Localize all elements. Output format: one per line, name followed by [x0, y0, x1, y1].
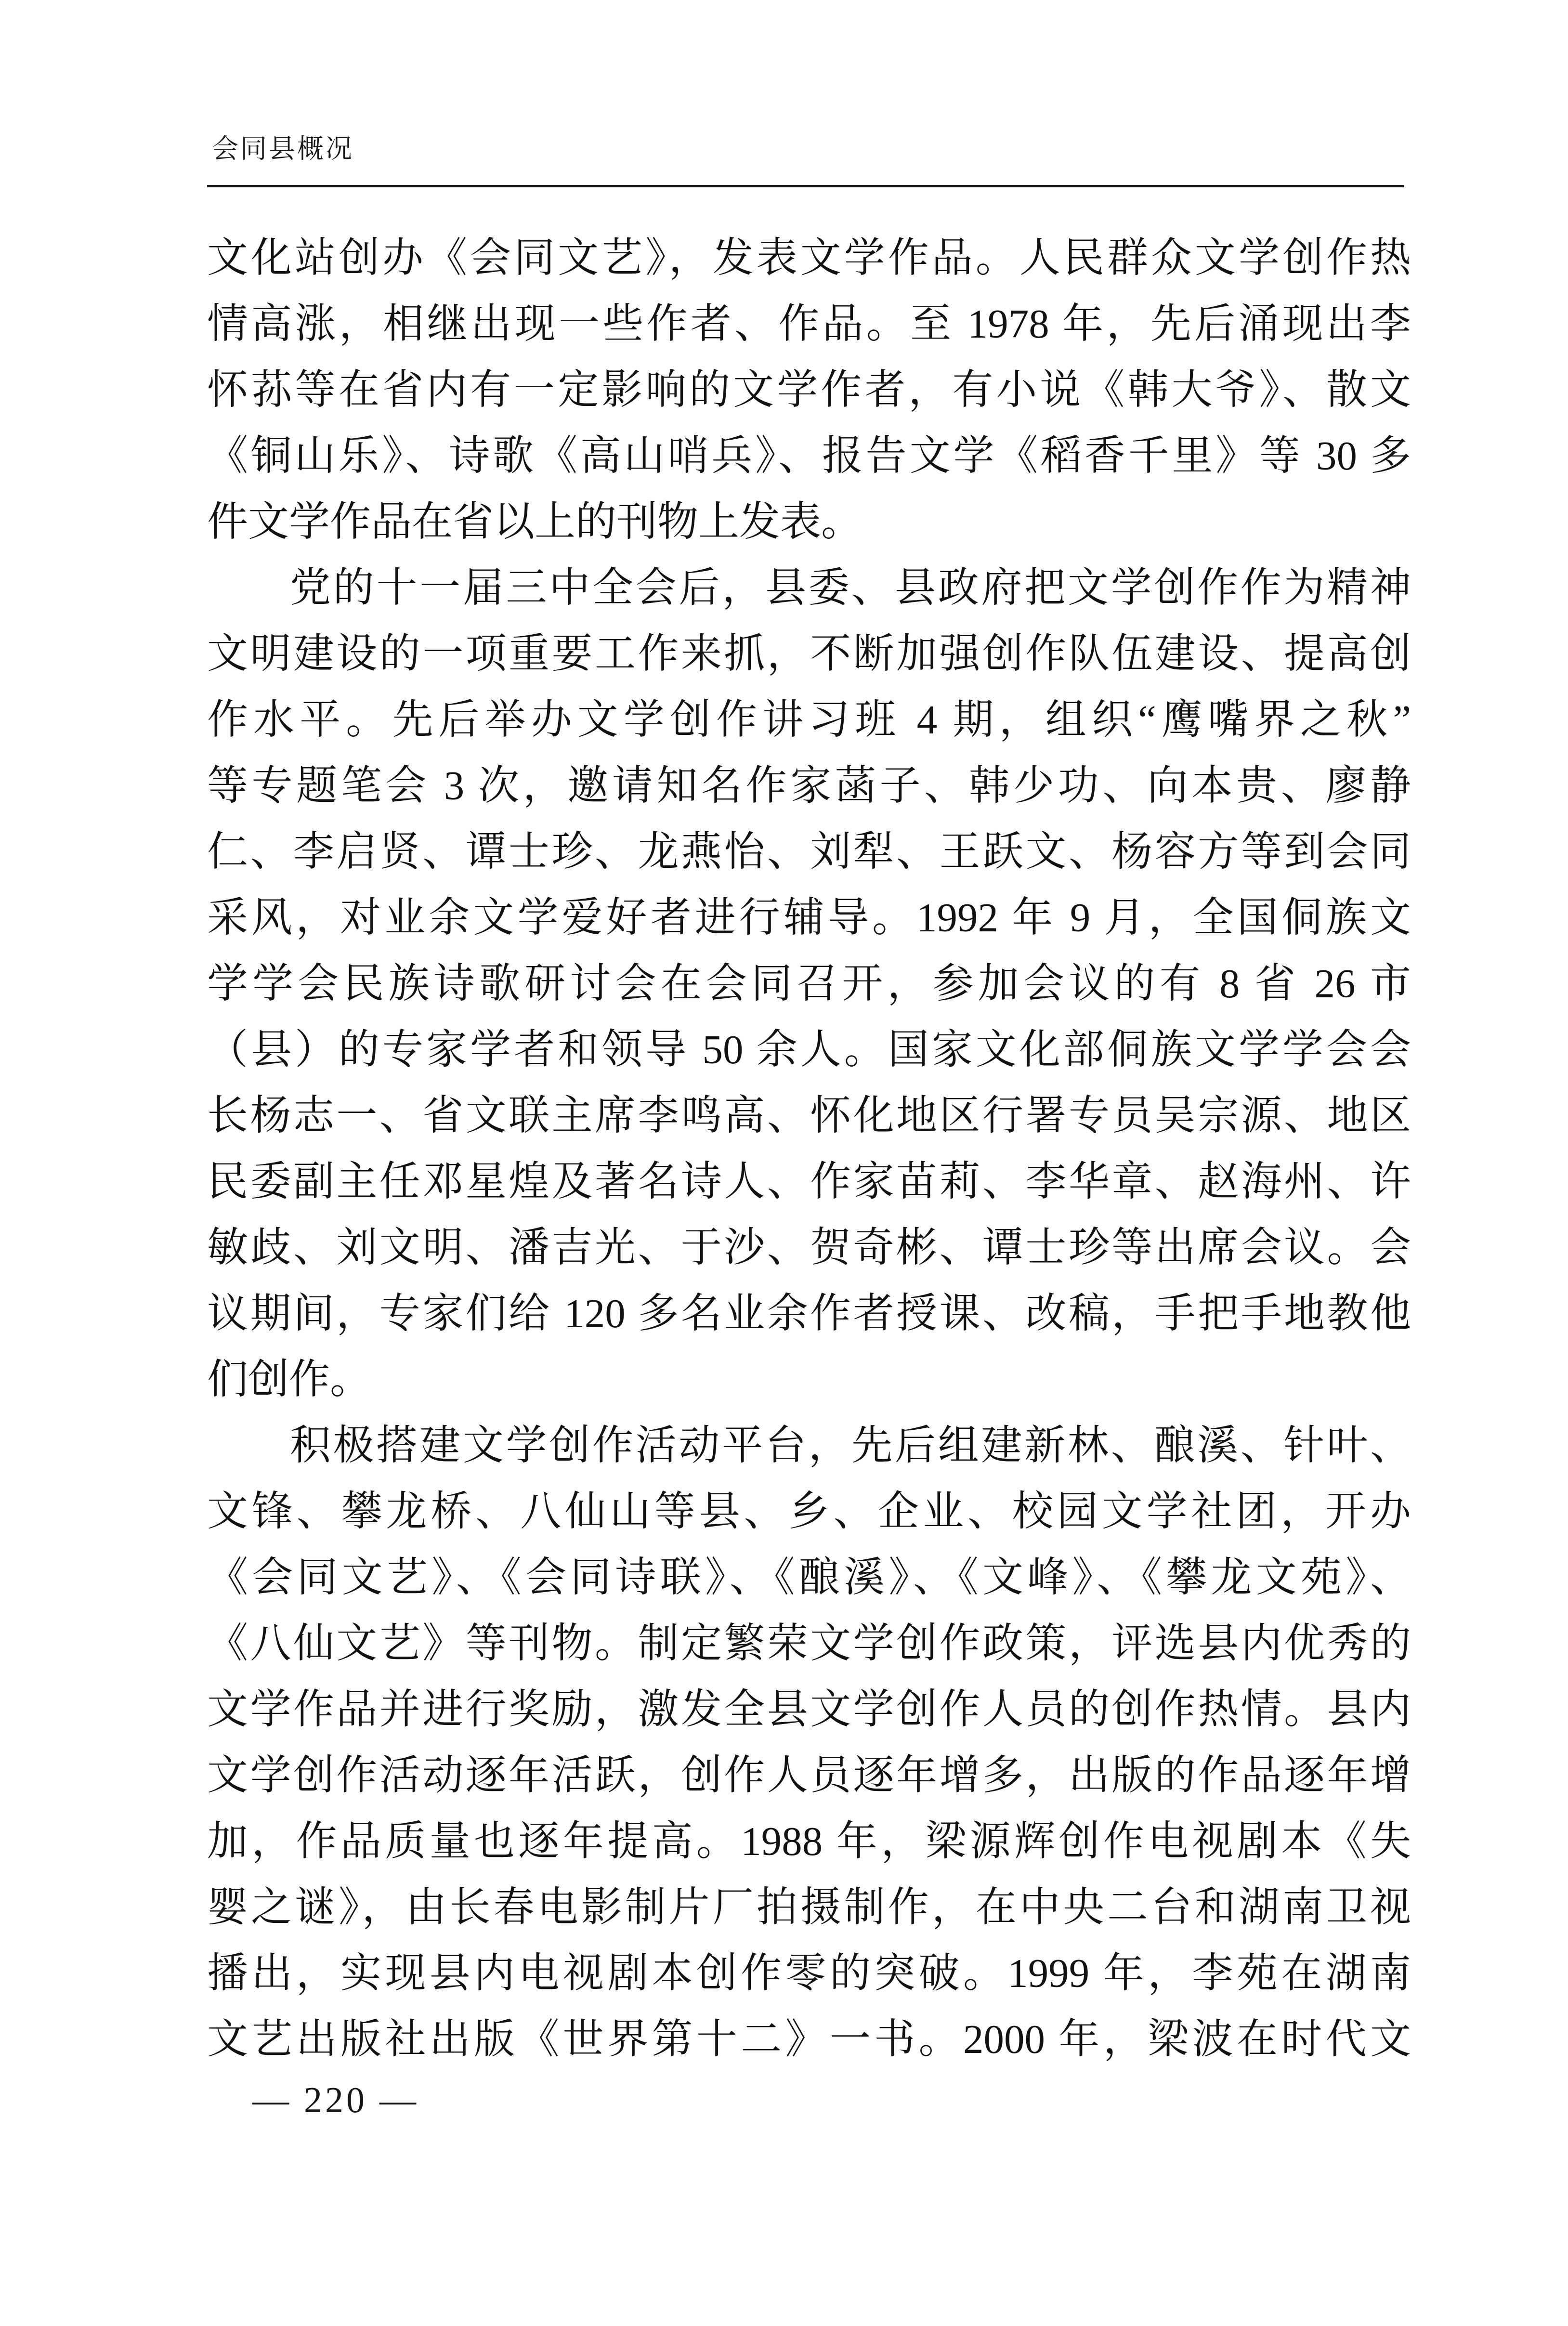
- text-line: 采风，对业余文学爱好者进行辅导。1992 年 9 月，全国侗族文: [207, 885, 1411, 951]
- paragraph: 党的十一届三中全会后，县委、县政府把文学创作作为精神 文明建设的一项重要工作来抓…: [207, 555, 1411, 1413]
- text-line: 文艺出版社出版《世界第十二》一书。2000 年，梁波在时代文: [207, 2007, 1411, 2073]
- text-line: 《铜山乐》、诗歌《高山哨兵》、报告文学《稻香千里》等 30 多: [207, 423, 1411, 489]
- text-line: 件文学作品在省以上的刊物上发表。: [207, 489, 1411, 555]
- text-line: 文学作品并进行奖励，激发全县文学创作人员的创作热情。县内: [207, 1677, 1411, 1743]
- text-line: 积极搭建文学创作活动平台，先后组建新林、酿溪、针叶、: [207, 1413, 1411, 1479]
- text-line: 长杨志一、省文联主席李鸣高、怀化地区行署专员吴宗源、地区: [207, 1083, 1411, 1149]
- text-line: 敏歧、刘文明、潘吉光、于沙、贺奇彬、谭士珍等出席会议。会: [207, 1215, 1411, 1281]
- text-line: 们创作。: [207, 1347, 1411, 1413]
- text-line: 文学创作活动逐年活跃，创作人员逐年增多，出版的作品逐年增: [207, 1743, 1411, 1809]
- text-line: 民委副主任邓星煌及著名诗人、作家苗莉、李华章、赵海州、许: [207, 1149, 1411, 1215]
- text-line: 文明建设的一项重要工作来抓，不断加强创作队伍建设、提高创: [207, 621, 1411, 687]
- book-page: 会同县概况 文化站创办《会同文艺》，发表文学作品。人民群众文学创作热 情高涨，相…: [0, 0, 1568, 2326]
- text-line: 议期间，专家们给 120 多名业余作者授课、改稿，手把手地教他: [207, 1281, 1411, 1347]
- footer-page-number: — 220 —: [252, 2079, 419, 2121]
- text-line: 文锋、攀龙桥、八仙山等县、乡、企业、校园文学社团，开办: [207, 1479, 1411, 1545]
- text-line: 作水平。先后举办文学创作讲习班 4 期，组织“鹰嘴界之秋”: [207, 687, 1411, 753]
- text-line: 播出，实现县内电视剧本创作零的突破。1999 年，李苑在湖南: [207, 1941, 1411, 2007]
- header-rule: [207, 185, 1404, 187]
- text-line: （县）的专家学者和领导 50 余人。国家文化部侗族文学学会会: [207, 1017, 1411, 1083]
- text-line: 情高涨，相继出现一些作者、作品。至 1978 年，先后涌现出李: [207, 291, 1411, 357]
- text-line: 学学会民族诗歌研讨会在会同召开，参加会议的有 8 省 26 市: [207, 951, 1411, 1017]
- text-line: 文化站创办《会同文艺》，发表文学作品。人民群众文学创作热: [207, 225, 1411, 291]
- text-line: 《八仙文艺》等刊物。制定繁荣文学创作政策，评选县内优秀的: [207, 1611, 1411, 1677]
- page-header-title: 会同县概况: [212, 127, 354, 165]
- text-line: 婴之谜》，由长春电影制片厂拍摄制作，在中央二台和湖南卫视: [207, 1875, 1411, 1941]
- paragraph: 积极搭建文学创作活动平台，先后组建新林、酿溪、针叶、 文锋、攀龙桥、八仙山等县、…: [207, 1413, 1411, 2073]
- body-text: 文化站创办《会同文艺》，发表文学作品。人民群众文学创作热 情高涨，相继出现一些作…: [207, 225, 1411, 2073]
- text-line: 党的十一届三中全会后，县委、县政府把文学创作作为精神: [207, 555, 1411, 621]
- paragraph: 文化站创办《会同文艺》，发表文学作品。人民群众文学创作热 情高涨，相继出现一些作…: [207, 225, 1411, 555]
- text-line: 怀荪等在省内有一定影响的文学作者，有小说《韩大爷》、散文: [207, 357, 1411, 423]
- text-line: 加，作品质量也逐年提高。1988 年，梁源辉创作电视剧本《失: [207, 1809, 1411, 1875]
- text-line: 仁、李启贤、谭士珍、龙燕怡、刘犁、王跃文、杨容方等到会同: [207, 819, 1411, 885]
- text-line: 等专题笔会 3 次，邀请知名作家菡子、韩少功、向本贵、廖静: [207, 753, 1411, 819]
- text-line: 《会同文艺》、《会同诗联》、《酿溪》、《文峰》、《攀龙文苑》、: [207, 1545, 1411, 1611]
